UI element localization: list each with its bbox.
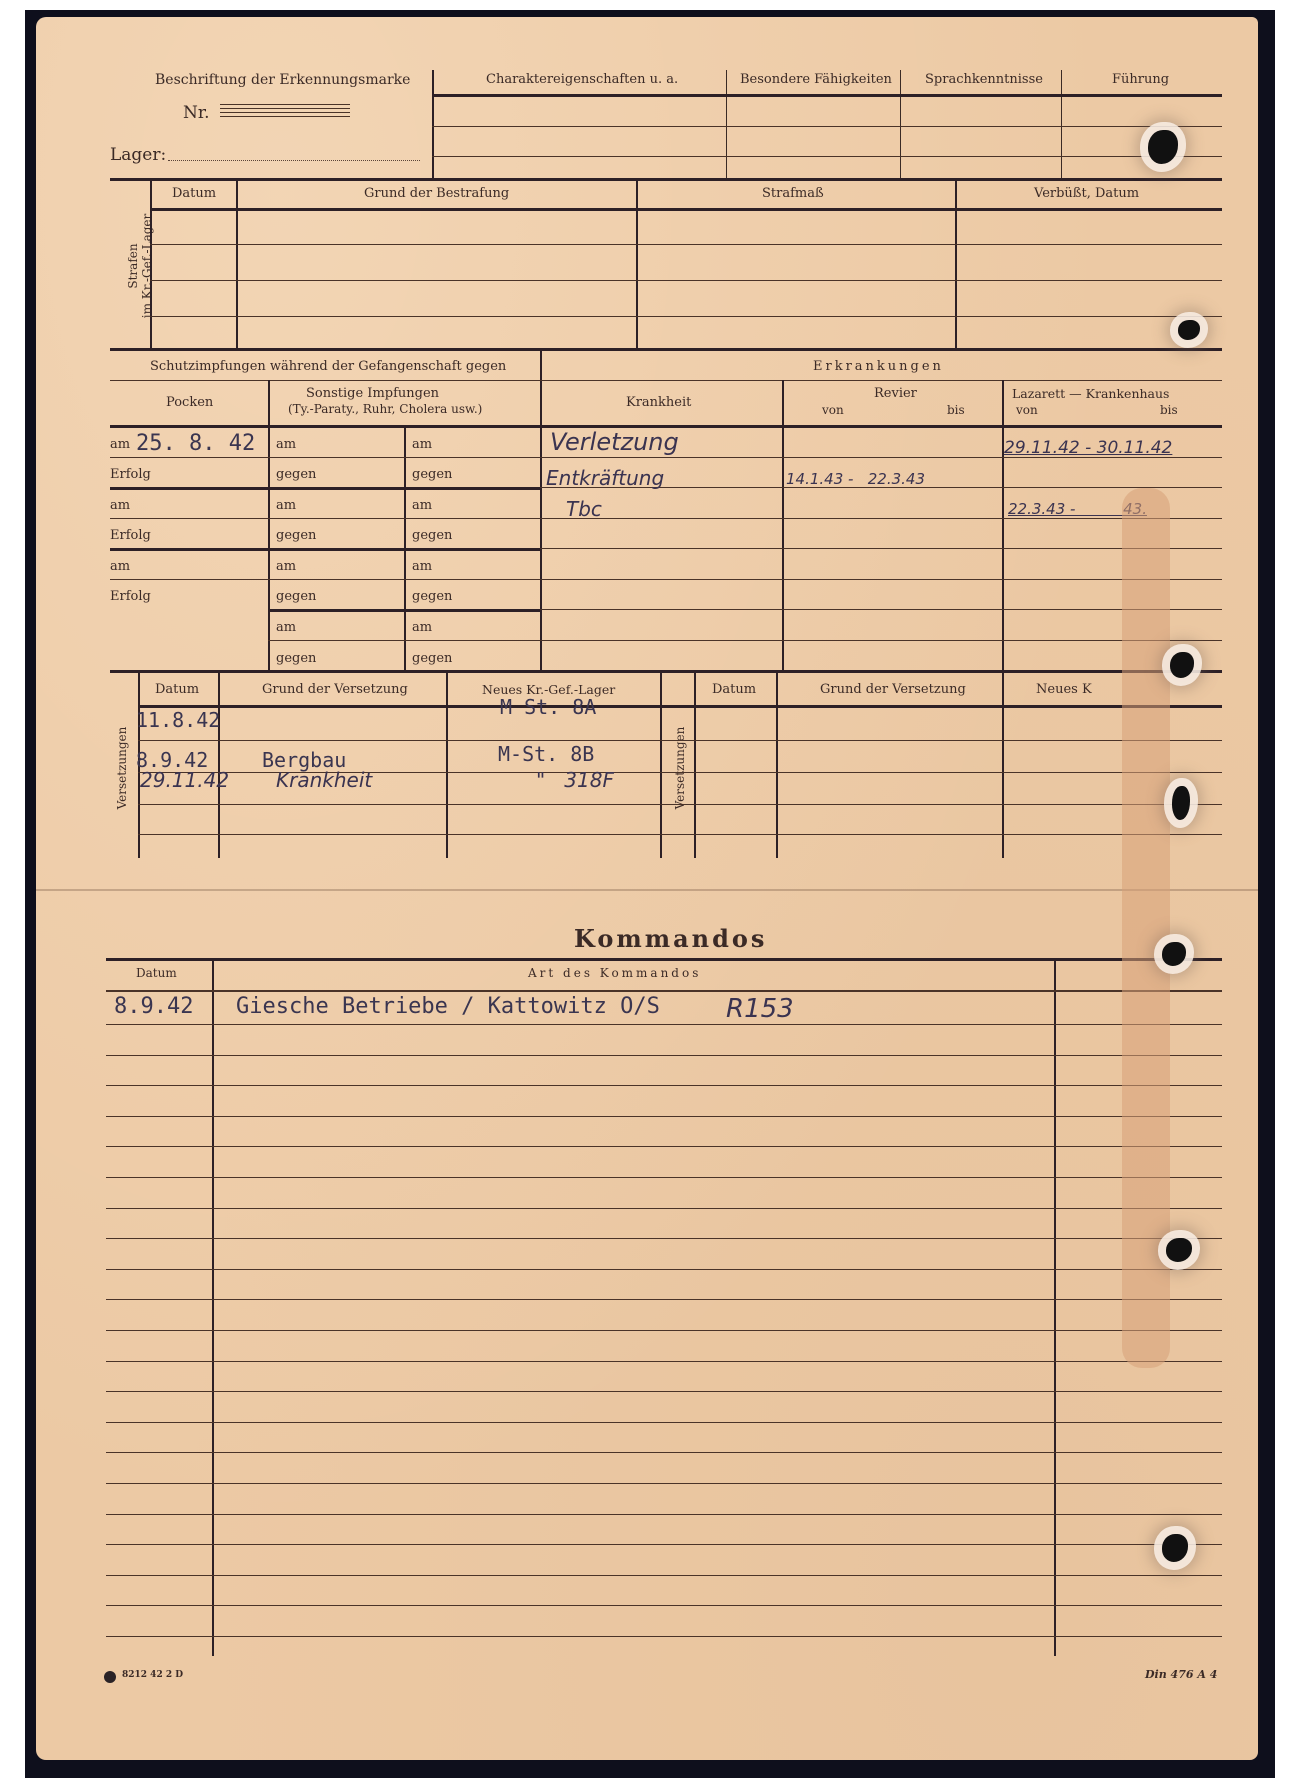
erkennungsmarke-label: Beschriftung der Erkennungsmarke: [155, 72, 410, 88]
col-faehigkeiten: Besondere Fähigkeiten: [740, 72, 892, 87]
rule: [106, 1575, 1222, 1576]
rule: [106, 1146, 1222, 1147]
erfolg-label: Erfolg: [110, 528, 151, 543]
rule: [138, 705, 1222, 708]
col-divider: [782, 380, 784, 670]
col-divider: [236, 180, 238, 348]
kommando-code: R153: [726, 994, 794, 1024]
erkrankungen-title: Erkrankungen: [813, 359, 944, 374]
am-label: am: [276, 437, 296, 452]
col-divider: [218, 672, 220, 858]
am-label: am: [412, 437, 432, 452]
col-divider: [1061, 70, 1062, 178]
rule: [150, 244, 1222, 245]
col-divider: [1002, 380, 1004, 670]
col-neues-lager-right: Neues K: [1036, 682, 1092, 697]
revier-label: Revier: [874, 386, 917, 401]
rule: [106, 1391, 1222, 1392]
rule: [106, 1544, 1222, 1545]
versetzung-datum: 11.8.42: [136, 708, 220, 732]
col-divider: [212, 960, 214, 1656]
col-divider: [726, 70, 727, 178]
rule: [106, 1299, 1222, 1300]
revier-bis: bis: [947, 403, 965, 417]
col-divider: [955, 180, 957, 348]
rule: [110, 670, 1222, 673]
am-label: am: [110, 498, 130, 513]
col-divider: [446, 672, 448, 858]
rule: [106, 1330, 1222, 1331]
am-label: am: [412, 559, 432, 574]
col-sprachkenntnisse: Sprachkenntnisse: [925, 72, 1043, 87]
rule: [138, 834, 1222, 835]
col-divider: [1054, 960, 1056, 1656]
rule: [110, 348, 1222, 351]
rule: [540, 609, 1222, 610]
rule: [106, 1024, 1222, 1025]
versetzung-lager: M St. 8A: [500, 695, 596, 719]
col-fuehrung: Führung: [1112, 72, 1169, 87]
rule: [268, 609, 540, 612]
col-datum: Datum: [155, 682, 199, 697]
fold-line: [36, 889, 1258, 891]
col-divider: [660, 672, 662, 858]
rule: [106, 1361, 1222, 1362]
am-label: am: [412, 620, 432, 635]
sonstige-label: Sonstige Impfungen: [306, 386, 439, 401]
kommando-art: Giesche Betriebe / Kattowitz O/S: [236, 994, 660, 1019]
versetzung-lager: " 318F: [536, 768, 614, 792]
gegen-label: gegen: [276, 651, 316, 666]
rule: [540, 548, 1222, 549]
rule: [106, 1208, 1222, 1209]
lazarett-entry: 29.11.42 - 30.11.42: [1004, 438, 1172, 458]
gegen-label: gegen: [412, 528, 452, 543]
printer-mark-icon: [104, 1671, 116, 1683]
versetzung-datum: 29.11.42: [140, 768, 229, 792]
rule: [432, 156, 1222, 157]
rule: [150, 316, 1222, 317]
revier-entry: 14.1.43 - 22.3.43: [786, 470, 925, 488]
versetzung-lager: M-St. 8B: [498, 742, 594, 766]
am-label: am: [412, 498, 432, 513]
col-grund-bestrafung: Grund der Bestrafung: [364, 186, 509, 201]
rule: [432, 126, 1222, 127]
col-divider: [694, 672, 696, 858]
am-label: am: [276, 498, 296, 513]
rule: [138, 740, 1222, 741]
col-verbuesst: Verbüßt, Datum: [1034, 186, 1139, 201]
am-label: am: [110, 559, 130, 574]
lager-label: Lager:: [110, 145, 166, 165]
impfungen-title: Schutzimpfungen während der Gefangenscha…: [150, 359, 506, 374]
rule: [110, 579, 1222, 580]
pocken-date: 25. 8. 42: [136, 431, 255, 456]
am-label: am: [276, 620, 296, 635]
am-label: am: [110, 437, 130, 452]
lager-field[interactable]: [168, 160, 420, 161]
rule: [106, 1269, 1222, 1270]
rule: [110, 518, 1222, 519]
am-label: am: [276, 559, 296, 574]
gegen-label: gegen: [276, 528, 316, 543]
rule: [106, 1514, 1222, 1515]
rule: [106, 990, 1222, 992]
rule: [106, 1055, 1222, 1056]
col-divider: [900, 70, 901, 178]
header-divider: [432, 70, 434, 178]
gegen-label: gegen: [412, 651, 452, 666]
gegen-label: gegen: [412, 467, 452, 482]
kommandos-title: Kommandos: [574, 924, 767, 953]
rule: [268, 640, 1222, 641]
rule: [150, 208, 1222, 211]
col-grund-versetzung-right: Grund der Versetzung: [820, 682, 966, 697]
din-label: Din 476 A 4: [1145, 1668, 1217, 1681]
rule: [106, 1177, 1222, 1178]
tape-strip: [1122, 488, 1170, 1368]
col-divider: [268, 380, 270, 670]
gegen-label: gegen: [276, 589, 316, 604]
col-strafmass: Strafmaß: [762, 186, 824, 201]
rule: [110, 487, 540, 490]
col-datum: Datum: [172, 186, 216, 201]
nr-field[interactable]: [220, 104, 350, 117]
krankheit-label: Krankheit: [626, 395, 691, 410]
versetzungen-side-label: Versetzungen: [673, 718, 687, 818]
lazarett-label: Lazarett — Krankenhaus: [1012, 386, 1169, 401]
pocken-label: Pocken: [166, 395, 213, 410]
rule: [106, 1452, 1222, 1453]
versetzungen-side-label: Versetzungen: [115, 718, 129, 818]
nr-label: Nr.: [183, 103, 210, 123]
col-grund-versetzung: Grund der Versetzung: [262, 682, 408, 697]
rule: [138, 804, 1222, 805]
erfolg-label: Erfolg: [110, 467, 151, 482]
sonstige-sub-label: (Ty.-Paraty., Ruhr, Cholera usw.): [288, 402, 482, 416]
col-divider: [636, 180, 638, 348]
rule: [106, 1085, 1222, 1086]
rule: [110, 548, 540, 551]
lazarett-bis: bis: [1160, 403, 1178, 417]
col-divider: [776, 672, 778, 858]
rule: [106, 1636, 1222, 1637]
gegen-label: gegen: [412, 589, 452, 604]
erfolg-label: Erfolg: [110, 589, 151, 604]
section-divider: [540, 350, 542, 670]
rule: [106, 1483, 1222, 1484]
col-art-kommandos: Art des Kommandos: [528, 966, 701, 980]
krankheit-entry: Verletzung: [550, 428, 679, 456]
col-divider: [150, 180, 152, 348]
col-charakter: Charaktereigenschaften u. a.: [486, 72, 678, 87]
rule: [106, 1605, 1222, 1606]
rule: [106, 1238, 1222, 1239]
col-datum-right: Datum: [712, 682, 756, 697]
kommando-datum: 8.9.42: [114, 994, 193, 1019]
col-divider: [1002, 672, 1004, 858]
rule: [150, 280, 1222, 281]
print-code: 8212 42 2 D: [122, 1670, 183, 1680]
col-datum: Datum: [136, 966, 177, 980]
lazarett-von: von: [1016, 403, 1038, 417]
rule: [432, 94, 1222, 97]
rule: [106, 1116, 1222, 1117]
revier-von: von: [822, 403, 844, 417]
versetzung-grund: Krankheit: [276, 768, 372, 792]
krankheit-entry: Entkräftung: [546, 466, 664, 490]
krankheit-entry: Tbc: [566, 497, 602, 521]
rule: [110, 178, 1222, 181]
gegen-label: gegen: [276, 467, 316, 482]
rule: [110, 380, 1222, 381]
rule: [106, 1422, 1222, 1423]
